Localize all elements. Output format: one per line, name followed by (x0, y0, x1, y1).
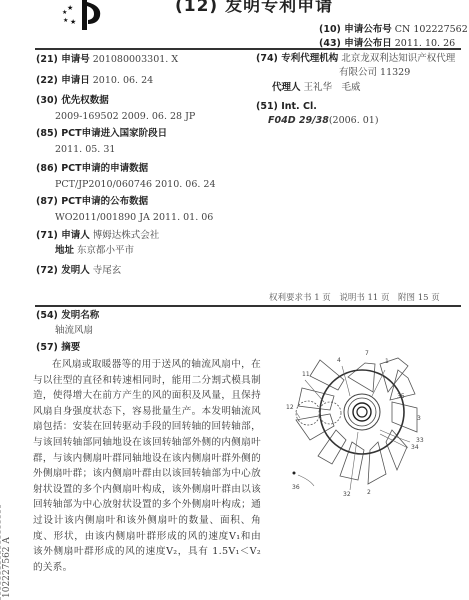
pct-application-label: (86) PCT申请的申请数据 (36, 162, 216, 175)
address-value: 东京都小平市 (77, 245, 134, 256)
svg-text:★: ★ (67, 4, 73, 12)
pct-publication-data: (87) PCT申请的公布数据 WO2011/001890 JA 2011. 0… (36, 195, 213, 224)
document-title: (12) 发明专利申请 (175, 0, 333, 16)
invention-name: (54) 发明名称 轴流风扇 (36, 309, 99, 337)
pct-publication-label: (87) PCT申请的公布数据 (36, 195, 213, 208)
svg-text:4: 4 (337, 357, 341, 364)
invention-name-label: (54) 发明名称 (36, 309, 99, 322)
inventor-value: 寺尾玄 (93, 265, 122, 276)
abstract-text: 在风扇或取暖器等的用于送风的轴流风扇中，在与以往型的直径和转速相同时，能用二分割… (33, 357, 261, 575)
publication-date-row: (43) 申请公布日 2011. 10. 26 (319, 35, 455, 49)
invention-name-value: 轴流风扇 (36, 324, 99, 337)
applicant-value: 博姆达株式会社 (93, 230, 160, 241)
pct-entry-label: (85) PCT申请进入国家阶段日 (36, 127, 167, 140)
svg-text:11: 11 (302, 371, 310, 378)
agency-label: (74) 专利代理机构 (256, 53, 338, 64)
svg-text:1: 1 (385, 358, 389, 365)
application-date-label: (22) 申请日 (36, 75, 90, 86)
priority-data-value: 2009-169502 2009. 06. 28 JP (36, 110, 195, 123)
page-counts: 权利要求书 1 页 说明书 11 页 附图 15 页 (269, 291, 440, 303)
agency-value-line1: 北京龙双利达知识产权代理 (341, 53, 455, 64)
applicant: (71) 申请人 博姆达株式会社 (36, 229, 159, 242)
header-divider (35, 48, 461, 50)
intcl-version: (2006. 01) (329, 115, 379, 126)
svg-text:★: ★ (70, 18, 76, 26)
pct-entry-value: 2011. 05. 31 (36, 143, 167, 156)
intcl-label: (51) Int. Cl. (256, 101, 317, 112)
publication-number: CN 102227562 A (395, 24, 469, 35)
pct-application-data: (86) PCT申请的申请数据 PCT/JP2010/060746 2010. … (36, 162, 216, 191)
abstract-label: (57) 摘要 (36, 342, 80, 353)
svg-text:35: 35 (397, 393, 405, 400)
application-number-value: 201080003301. X (93, 54, 178, 65)
agency-value-line2: 有限公司 11329 (339, 67, 410, 78)
applicant-address: 地址 东京都小平市 (55, 244, 134, 257)
svg-text:34: 34 (411, 444, 419, 451)
patent-agency: (74) 专利代理机构 北京龙双利达知识产权代理 (256, 52, 455, 65)
svg-text:33: 33 (416, 437, 424, 444)
applicant-label: (71) 申请人 (36, 230, 90, 241)
svg-text:2: 2 (367, 489, 371, 496)
svg-text:36: 36 (292, 484, 300, 491)
publication-number-row: (10) 申请公布号 CN 102227562 A (319, 21, 469, 35)
priority-data-label: (30) 优先权数据 (36, 94, 195, 107)
int-cl-code: F04D 29/38(2006. 01) (268, 114, 379, 127)
agent: 代理人 王礼华 毛威 (272, 81, 361, 94)
svg-text:7: 7 (365, 350, 369, 357)
application-number-label: (21) 申请号 (36, 54, 90, 65)
application-date-value: 2010. 06. 24 (93, 75, 153, 86)
application-number: (21) 申请号 201080003301. X (36, 53, 178, 66)
cnipa-logo-icon: ★ ★ ★ ★ (60, 0, 115, 32)
agent-label: 代理人 (272, 82, 301, 93)
inventor-label: (72) 发明人 (36, 265, 90, 276)
svg-text:3: 3 (417, 415, 421, 422)
address-label: 地址 (55, 245, 74, 256)
abstract-heading: (57) 摘要 (36, 341, 80, 354)
svg-text:★: ★ (63, 17, 68, 24)
pct-publication-value: WO2011/001890 JA 2011. 01. 06 (36, 211, 213, 224)
fan-drawing: 7 4 1 11 35 12 3 33 34 36 32 2 (280, 330, 469, 510)
pct-application-value: PCT/JP2010/060746 2010. 06. 24 (36, 178, 216, 191)
int-cl: (51) Int. Cl. (256, 100, 317, 113)
priority-data: (30) 优先权数据 2009-169502 2009. 06. 28 JP (36, 94, 195, 123)
agent-value: 王礼华 毛威 (304, 82, 361, 93)
pct-entry-date: (85) PCT申请进入国家阶段日 2011. 05. 31 (36, 127, 167, 156)
intcl-code: F04D 29/38 (268, 115, 329, 126)
section-divider (35, 305, 461, 307)
inventor: (72) 发明人 寺尾玄 (36, 264, 121, 277)
agency-line2: 有限公司 11329 (339, 66, 410, 79)
publication-number-label: (10) 申请公布号 (319, 24, 392, 35)
application-date: (22) 申请日 2010. 06. 24 (36, 74, 153, 87)
svg-text:12: 12 (286, 404, 294, 411)
svg-text:32: 32 (343, 491, 351, 498)
side-publication-code: 102227562 A (2, 508, 16, 598)
